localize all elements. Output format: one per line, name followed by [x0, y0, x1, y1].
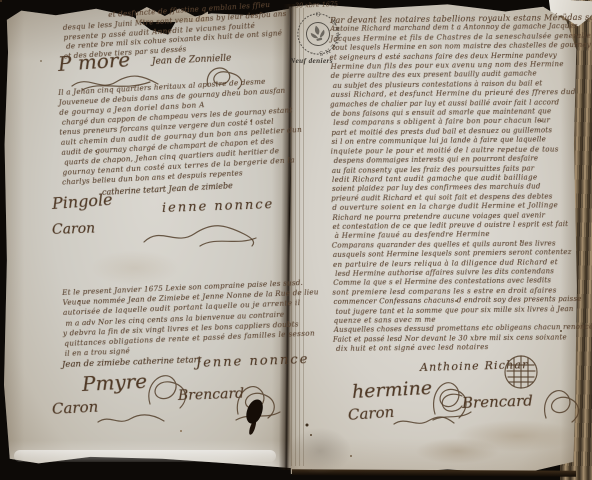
signature-caron: Caron: [347, 403, 394, 424]
signature-caron: Caron: [52, 398, 99, 418]
corner-stain: [289, 428, 351, 474]
left-page-bottom-highlight: [14, 450, 276, 462]
foxing-stain: [90, 250, 180, 286]
gutter-crease-lines: [291, 8, 304, 466]
signature-caron: Caron: [52, 220, 96, 237]
right-page-deed-text: Par devant les notaires tabellions royau…: [330, 13, 582, 355]
signature-paraph: [538, 384, 584, 426]
signature-pmyre: Pmyre: [81, 369, 147, 396]
signature-flourish: [392, 414, 456, 430]
signature-paraph: [140, 216, 260, 250]
left-bottom-paragraph: Et le present Janvier 1675 Lexie son com…: [62, 278, 293, 359]
stamp-crest: [309, 24, 326, 42]
water-stain: [415, 438, 500, 464]
dirt-specks: [0, 0, 2, 2]
manuscript-photo: et desfuncte de ffustine q emblan les ff…: [0, 0, 592, 480]
signature-flourish: [96, 412, 166, 428]
signature-brencard: Brencard: [462, 392, 533, 412]
left-middle-paragraph: Il a Jehan cinq quartiers heritaux al ap…: [58, 75, 295, 187]
stamp-price-text: Neuf deniers: [290, 57, 333, 65]
signature-hermine: hermine: [351, 377, 432, 403]
knot-paraph: [500, 352, 542, 392]
